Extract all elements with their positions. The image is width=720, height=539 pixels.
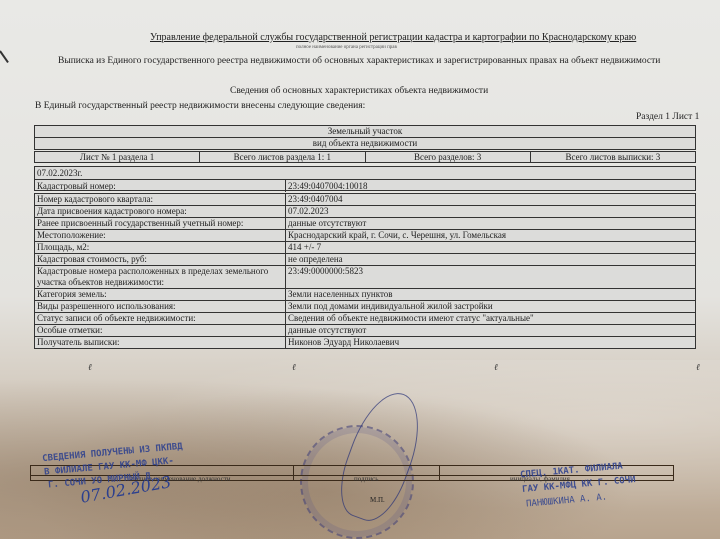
table-row: Местоположение:Краснодарский край, г. Со… xyxy=(35,230,695,242)
table-row: Ранее присвоенный государственный учетны… xyxy=(35,218,695,230)
sheet-number: Лист № 1 раздела 1 xyxy=(35,152,200,162)
field-value: Земли населенных пунктов xyxy=(285,289,695,300)
table-row: Кадастровые номера расположенных в преде… xyxy=(35,266,695,289)
table-row: Категория земель:Земли населенных пункто… xyxy=(35,289,695,301)
document-photo: Avito Управление федеральной службы госу… xyxy=(0,0,720,539)
field-label: Местоположение: xyxy=(35,230,285,241)
table-row: Виды разрешенного использования:Земли по… xyxy=(35,301,695,313)
field-value: 414 +/- 7 xyxy=(285,242,695,253)
section-title: Сведения об основных характеристиках объ… xyxy=(230,86,488,96)
field-value: 23:49:0407004 xyxy=(285,194,695,205)
field-value: 07.02.2023 xyxy=(285,206,695,217)
field-label: Дата присвоения кадастрового номера: xyxy=(35,206,285,217)
signature-caption: подпись xyxy=(354,475,378,483)
field-value: данные отсутствуют xyxy=(285,218,695,229)
section-sheets-total: Всего листов раздела 1: 1 xyxy=(200,152,365,162)
table-row: Получатель выписки:Никонов Эдуард Никола… xyxy=(35,337,695,348)
field-label: Ранее присвоенный государственный учетны… xyxy=(35,218,285,229)
object-type-box: Земельный участок вид объекта недвижимос… xyxy=(34,125,696,150)
table-row: Кадастровая стоимость, руб:не определена xyxy=(35,254,695,266)
field-value: 23:49:0000000:5823 xyxy=(285,266,695,288)
organization-caption: полное наименование органа регистрации п… xyxy=(296,45,397,50)
table-row: Особые отметки:данные отсутствуют xyxy=(35,325,695,337)
cadastral-row: Кадастровый номер: 23:49:0407004:10018 xyxy=(35,180,695,192)
object-type-caption: вид объекта недвижимости xyxy=(35,138,695,149)
field-label: Получатель выписки: xyxy=(35,337,285,348)
field-label: Кадастровая стоимость, руб: xyxy=(35,254,285,265)
page-mark: ℓ xyxy=(88,362,92,372)
field-label: Категория земель: xyxy=(35,289,285,300)
sections-total: Всего разделов: 3 xyxy=(366,152,531,162)
field-label: Номер кадастрового квартала: xyxy=(35,194,285,205)
date-box: 07.02.2023г. Кадастровый номер: 23:49:04… xyxy=(34,166,696,191)
table-row: Статус записи об объекте недвижимости:Св… xyxy=(35,313,695,325)
table-row: Номер кадастрового квартала:23:49:040700… xyxy=(35,194,695,206)
pen-mark xyxy=(0,50,9,63)
field-label: Особые отметки: xyxy=(35,325,285,336)
field-label: Площадь, м2: xyxy=(35,242,285,253)
intro-text: В Единый государственный реестр недвижим… xyxy=(35,101,365,111)
field-label: Статус записи об объекте недвижимости: xyxy=(35,313,285,324)
page-mark: ℓ xyxy=(494,362,498,372)
seal-caption: М.П. xyxy=(370,496,385,504)
table-row: Площадь, м2:414 +/- 7 xyxy=(35,242,695,254)
extract-date: 07.02.2023г. xyxy=(35,167,82,179)
section-reference: Раздел 1 Лист 1 xyxy=(636,112,699,122)
field-value: не определена xyxy=(285,254,695,265)
organization-name: Управление федеральной службы государств… xyxy=(150,32,636,43)
page-mark: ℓ xyxy=(292,362,296,372)
page-info-row: Лист № 1 раздела 1 Всего листов раздела … xyxy=(34,151,696,163)
field-label: Кадастровые номера расположенных в преде… xyxy=(35,266,285,288)
field-label: Виды разрешенного использования: xyxy=(35,301,285,312)
table-row: Дата присвоения кадастрового номера:07.0… xyxy=(35,206,695,218)
characteristics-table: Номер кадастрового квартала:23:49:040700… xyxy=(34,193,696,349)
page-mark: ℓ xyxy=(696,362,700,372)
document-title: Выписка из Единого государственного реес… xyxy=(58,56,660,66)
field-value: Краснодарский край, г. Сочи, с. Черешня,… xyxy=(285,230,695,241)
extract-sheets-total: Всего листов выписки: 3 xyxy=(531,152,695,162)
object-type: Земельный участок xyxy=(35,126,695,138)
field-value: Земли под домами индивидуальной жилой за… xyxy=(285,301,695,312)
cadastral-value: 23:49:0407004:10018 xyxy=(285,180,695,192)
cadastral-label: Кадастровый номер: xyxy=(35,180,285,192)
field-value: Сведения об объекте недвижимости имеют с… xyxy=(285,313,695,324)
field-value: данные отсутствуют xyxy=(285,325,695,336)
field-value: Никонов Эдуард Николаевич xyxy=(285,337,695,348)
